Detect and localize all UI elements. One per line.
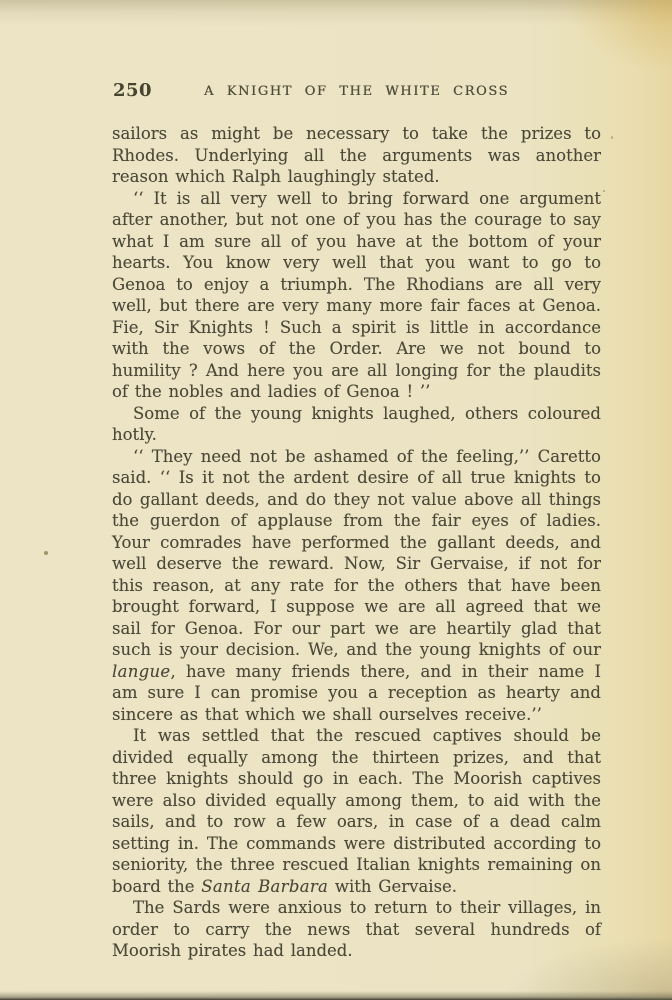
text-segment: It was settled that the rescued captives… xyxy=(112,726,601,896)
foxing-spot xyxy=(44,551,48,555)
paragraph: The Sards were anxious to return to thei… xyxy=(112,897,601,962)
paragraph: ‘‘ They need not be ashamed of the feeli… xyxy=(112,446,601,726)
text-segment: The Sards were anxious to return to thei… xyxy=(112,898,601,960)
page-header: 250 A KNIGHT OF THE WHITE CROSS xyxy=(112,80,601,104)
foxing-spot xyxy=(611,136,613,139)
paragraph: Some of the young knights laughed, other… xyxy=(112,403,601,446)
book-page: 250 A KNIGHT OF THE WHITE CROSS sailors … xyxy=(0,0,672,1000)
text-block: sailors as might be necessary to take th… xyxy=(112,123,601,962)
text-segment: with Gervaise. xyxy=(328,877,457,896)
text-segment: ‘‘ It is all very well to bring forward … xyxy=(112,189,601,402)
text-segment: Some of the young knights laughed, other… xyxy=(112,404,601,445)
text-segment: sailors as might be necessary to take th… xyxy=(112,124,601,186)
running-title: A KNIGHT OF THE WHITE CROSS xyxy=(112,80,601,99)
italic-text: langue xyxy=(112,662,171,681)
foxing-spot xyxy=(603,190,605,192)
text-segment: ‘‘ They need not be ashamed of the feeli… xyxy=(112,447,601,660)
italic-text: Santa Barbara xyxy=(201,877,328,896)
paragraph: sailors as might be necessary to take th… xyxy=(112,123,601,188)
paragraph: ‘‘ It is all very well to bring forward … xyxy=(112,188,601,403)
paragraph: It was settled that the rescued captives… xyxy=(112,725,601,897)
page-number: 250 xyxy=(113,80,152,101)
text-segment: , have many friends there, and in their … xyxy=(112,662,601,724)
